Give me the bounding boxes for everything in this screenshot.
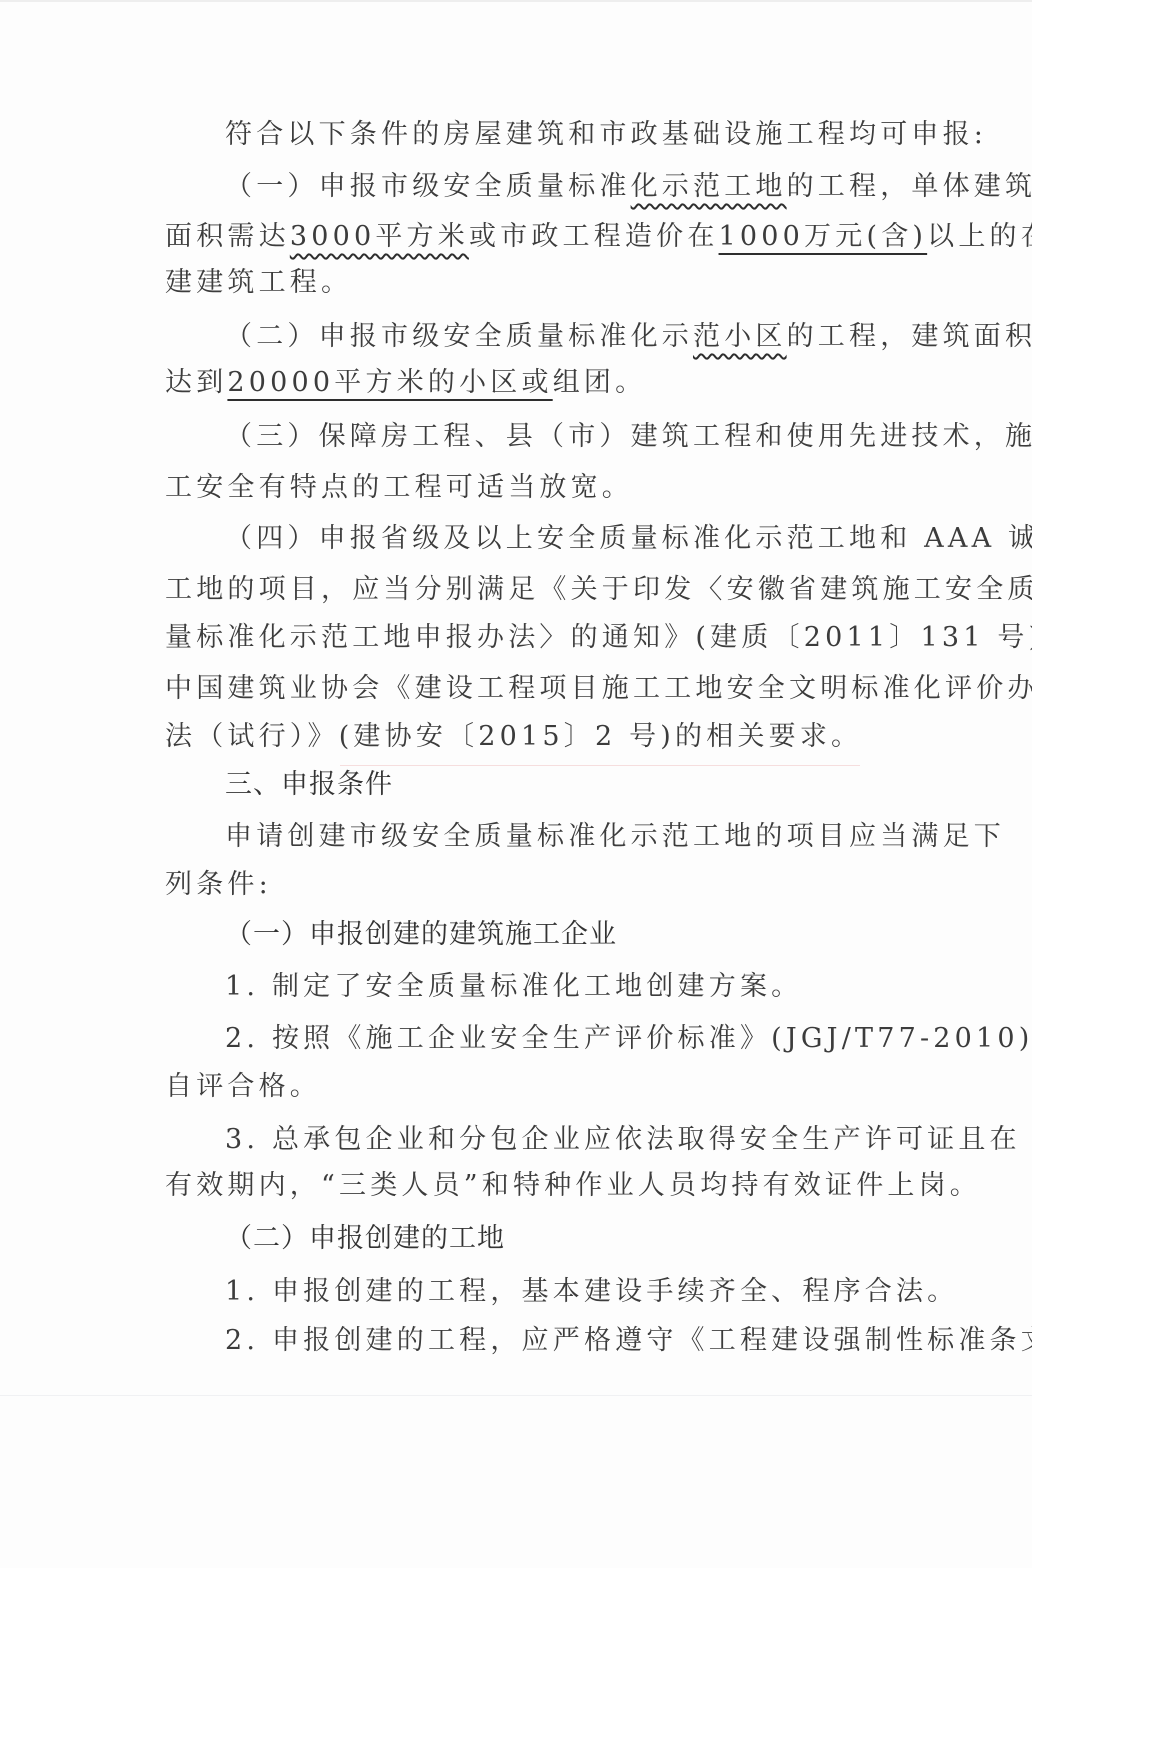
- intro-line: 符合以下条件的房屋建筑和市政基础设施工程均可申报:: [225, 117, 987, 153]
- scan-artifact: [340, 765, 860, 766]
- item-1-line-3: 建建筑工程。: [165, 265, 352, 301]
- enterprise-item-3-line-2: 有效期内，“三类人员”和特种作业人员均持有效证件上岗。: [165, 1168, 981, 1204]
- text: （二）申报市级安全质量标准化示: [225, 321, 693, 352]
- item-4-line-4: 中国建筑业协会《建设工程项目施工工地安全文明标准化评价办: [165, 671, 1032, 707]
- wavy-underline-text: 化示范工地: [631, 171, 787, 202]
- text: （一）申报市级安全质量标准: [225, 171, 631, 202]
- site-item-1: 1. 申报创建的工程，基本建设手续齐全、程序合法。: [225, 1274, 958, 1310]
- item-4-line-5: 法（试行）》(建协安〔2015〕2 号)的相关要求。: [165, 719, 862, 755]
- item-3-line-2: 工安全有特点的工程可适当放宽。: [165, 470, 633, 506]
- section-intro-line-2: 列条件:: [165, 867, 272, 903]
- subsection-heading-site: （二）申报创建的工地: [225, 1221, 505, 1257]
- item-4-line-1: （四）申报省级及以上安全质量标准化示范工地和 AAA 诚信: [225, 521, 1032, 557]
- wavy-underline-text: 范小区: [693, 321, 787, 352]
- section-intro-line-1: 申请创建市级安全质量标准化示范工地的项目应当满足下: [225, 819, 1005, 855]
- wavy-underline-text: 3000平方米: [290, 221, 469, 252]
- scan-edge: [0, 1395, 1032, 1396]
- text: 达到: [165, 367, 227, 398]
- text: 或市政工程造价在: [469, 221, 719, 252]
- scan-edge: [0, 0, 1032, 2]
- item-1-line-1: （一）申报市级安全质量标准化示范工地的工程，单体建筑: [225, 169, 1032, 205]
- enterprise-item-2-line-1: 2. 按照《施工企业安全生产评价标准》(JGJ/T77-2010)自查: [225, 1021, 1032, 1057]
- underline-text: 20000平方米的小区或: [227, 367, 552, 398]
- item-4-line-3: 量标准化示范工地申报办法〉的通知》(建质〔2011〕131 号)和: [165, 620, 1032, 656]
- section-heading: 三、申报条件: [225, 767, 393, 803]
- enterprise-item-2-line-2: 自评合格。: [165, 1069, 321, 1105]
- item-4-line-2: 工地的项目，应当分别满足《关于印发〈安徽省建筑施工安全质: [165, 572, 1032, 608]
- underline-text: 1000万元(含): [719, 221, 928, 252]
- text: 的工程，建筑面积: [787, 321, 1032, 352]
- subsection-heading-enterprise: （一）申报创建的建筑施工企业: [225, 917, 617, 953]
- enterprise-item-1: 1. 制定了安全质量标准化工地创建方案。: [225, 969, 802, 1005]
- site-item-2: 2. 申报创建的工程，应严格遵守《工程建设强制性标准条文》: [225, 1323, 1032, 1359]
- text: 组团。: [553, 367, 647, 398]
- item-1-line-2: 面积需达3000平方米或市政工程造价在1000万元(含)以上的在: [165, 219, 1032, 255]
- item-2-line-2: 达到20000平方米的小区或组团。: [165, 365, 646, 401]
- scanned-page: 符合以下条件的房屋建筑和市政基础设施工程均可申报: （一）申报市级安全质量标准化…: [0, 0, 1032, 1568]
- text: 面积需达: [165, 221, 290, 252]
- enterprise-item-3-line-1: 3. 总承包企业和分包企业应依法取得安全生产许可证且在: [225, 1122, 1021, 1158]
- item-2-line-1: （二）申报市级安全质量标准化示范小区的工程，建筑面积: [225, 319, 1032, 355]
- text: 以上的在: [927, 221, 1032, 252]
- text: 的工程，单体建筑: [787, 171, 1032, 202]
- item-3-line-1: （三）保障房工程、县（市）建筑工程和使用先进技术，施: [225, 419, 1032, 455]
